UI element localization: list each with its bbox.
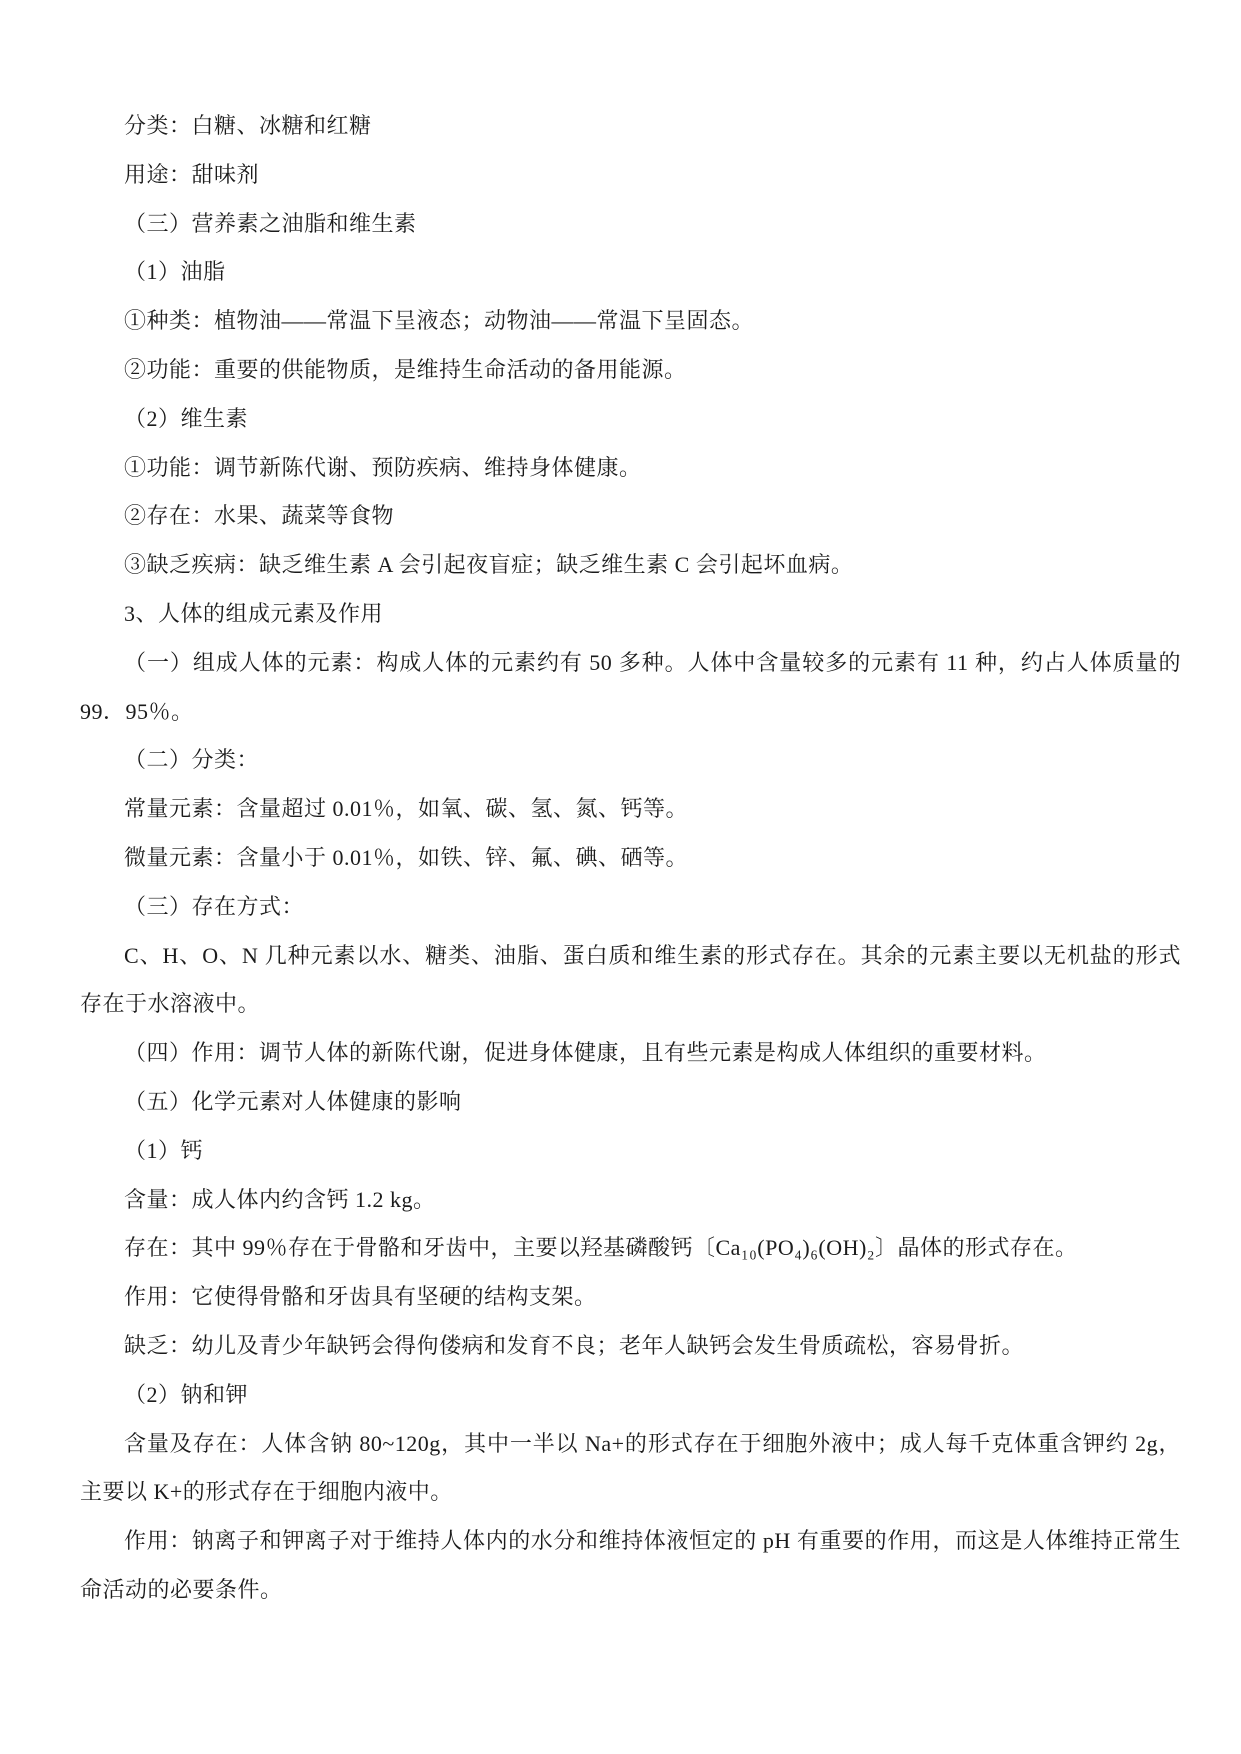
heading-sodium-potassium: （2）钠和钾: [80, 1371, 1181, 1420]
heading-element-classification: （二）分类：: [80, 736, 1181, 785]
para-calcium-deficiency: 缺乏：幼儿及青少年缺钙会得佝偻病和发育不良；老年人缺钙会发生骨质疏松，容易骨折。: [80, 1322, 1181, 1371]
para-na-k-role: 作用：钠离子和钾离子对于维持人体内的水分和维持体液恒定的 pH 有重要的作用，而…: [80, 1517, 1181, 1615]
para-sugar-usage: 用途：甜味剂: [80, 151, 1181, 200]
heading-existence-forms: （三）存在方式：: [80, 883, 1181, 932]
heading-section3-fats-vitamins: （三）营养素之油脂和维生素: [80, 200, 1181, 249]
para-vitamin-sources: ②存在：水果、蔬菜等食物: [80, 492, 1181, 541]
para-calcium-existence: 存在：其中 99％存在于骨骼和牙齿中，主要以羟基磷酸钙〔Ca₁₀(PO₄)₆(O…: [80, 1224, 1181, 1273]
para-element-composition: （一）组成人体的元素：构成人体的元素约有 50 多种。人体中含量较多的元素有 1…: [80, 639, 1181, 737]
heading-human-elements: 3、人体的组成元素及作用: [80, 590, 1181, 639]
para-sugar-classification: 分类：白糖、冰糖和红糖: [80, 102, 1181, 151]
para-vitamin-deficiency: ③缺乏疾病：缺乏维生素 A 会引起夜盲症；缺乏维生素 C 会引起坏血病。: [80, 541, 1181, 590]
heading-vitamins: （2）维生素: [80, 395, 1181, 444]
para-calcium-role: 作用：它使得骨骼和牙齿具有坚硬的结构支架。: [80, 1273, 1181, 1322]
document-page: 分类：白糖、冰糖和红糖 用途：甜味剂 （三）营养素之油脂和维生素 （1）油脂 ①…: [0, 0, 1241, 1754]
para-element-role: （四）作用：调节人体的新陈代谢，促进身体健康，且有些元素是构成人体组织的重要材料…: [80, 1029, 1181, 1078]
para-na-k-content: 含量及存在：人体含钠 80~120g，其中一半以 Na+的形式存在于细胞外液中；…: [80, 1420, 1181, 1518]
para-fat-function: ②功能：重要的供能物质，是维持生命活动的备用能源。: [80, 346, 1181, 395]
para-calcium-content: 含量：成人体内约含钙 1.2 kg。: [80, 1176, 1181, 1225]
para-vitamin-function: ①功能：调节新陈代谢、预防疾病、维持身体健康。: [80, 444, 1181, 493]
heading-fats: （1）油脂: [80, 248, 1181, 297]
heading-calcium: （1）钙: [80, 1127, 1181, 1176]
para-trace-elements: 微量元素：含量小于 0.01％，如铁、锌、氟、碘、硒等。: [80, 834, 1181, 883]
para-existence-description: C、H、O、N 几种元素以水、糖类、油脂、蛋白质和维生素的形式存在。其余的元素主…: [80, 932, 1181, 1030]
heading-health-effects: （五）化学元素对人体健康的影响: [80, 1078, 1181, 1127]
para-fat-types: ①种类：植物油——常温下呈液态；动物油——常温下呈固态。: [80, 297, 1181, 346]
para-major-elements: 常量元素：含量超过 0.01％，如氧、碳、氢、氮、钙等。: [80, 785, 1181, 834]
